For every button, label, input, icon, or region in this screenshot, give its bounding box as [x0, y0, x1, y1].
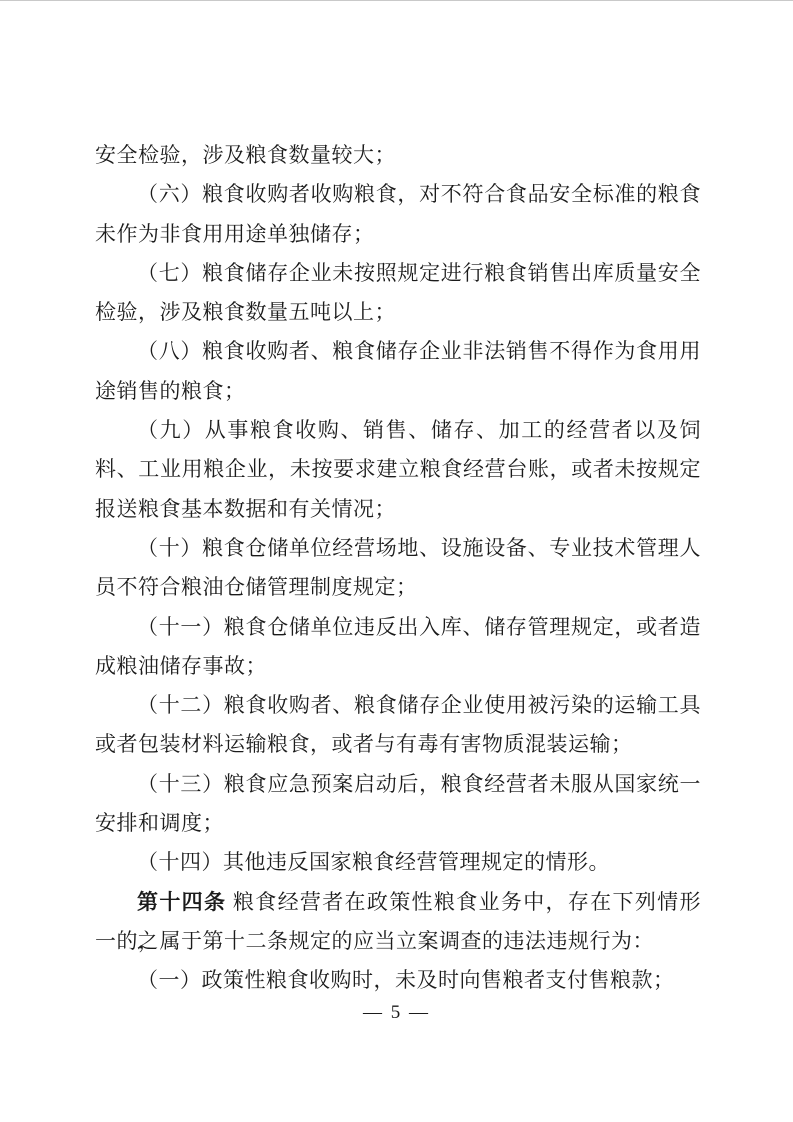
text-line: （九）从事粮食收购、销售、储存、加工的经营者以及饲 [95, 411, 701, 450]
article-number-bold: 第十四条 [137, 890, 226, 914]
text-line: 安排和调度； [95, 804, 701, 843]
page-number: — 5 — [0, 1001, 793, 1025]
text-line: （八）粮食收购者、粮食储存企业非法销售不得作为食用用 [95, 332, 701, 371]
text-line: 未作为非食用用途单独储存； [95, 215, 701, 254]
text-line: （十三）粮食应急预案启动后，粮食经营者未服从国家统一 [95, 765, 701, 804]
text-line: （一）政策性粮食收购时，未及时向售粮者支付售粮款； [95, 961, 701, 1000]
text-line: 料、工业用粮企业，未按要求建立粮食经营台账，或者未按规定 [95, 450, 701, 489]
text-line: 第十四条 粮食经营者在政策性粮食业务中，存在下列情形之 [95, 883, 701, 922]
text-line: 检验，涉及粮食数量五吨以上； [95, 293, 701, 332]
document-page: 安全检验，涉及粮食数量较大；（六）粮食收购者收购粮食，对不符合食品安全标准的粮食… [0, 0, 793, 1122]
text-line: 报送粮食基本数据和有关情况； [95, 490, 701, 529]
text-line: 或者包装材料运输粮食，或者与有毒有害物质混装运输； [95, 725, 701, 764]
text-line: （七）粮食储存企业未按照规定进行粮食销售出库质量安全 [95, 254, 701, 293]
text-line: （十二）粮食收购者、粮食储存企业使用被污染的运输工具 [95, 686, 701, 725]
text-line: （十）粮食仓储单位经营场地、设施设备、专业技术管理人 [95, 529, 701, 568]
text-line: 安全检验，涉及粮食数量较大； [95, 136, 701, 175]
document-body: 安全检验，涉及粮食数量较大；（六）粮食收购者收购粮食，对不符合食品安全标准的粮食… [95, 136, 701, 1001]
text-line: 员不符合粮油仓储管理制度规定； [95, 568, 701, 607]
text-line: （十一）粮食仓储单位违反出入库、储存管理规定，或者造 [95, 608, 701, 647]
text-line: 成粮油储存事故； [95, 647, 701, 686]
text-line: （六）粮食收购者收购粮食，对不符合食品安全标准的粮食 [95, 175, 701, 214]
text-line: 一的，属于第十二条规定的应当立案调查的违法违规行为： [95, 922, 701, 961]
text-line: 途销售的粮食； [95, 372, 701, 411]
text-line: （十四）其他违反国家粮食经营管理规定的情形。 [95, 843, 701, 882]
